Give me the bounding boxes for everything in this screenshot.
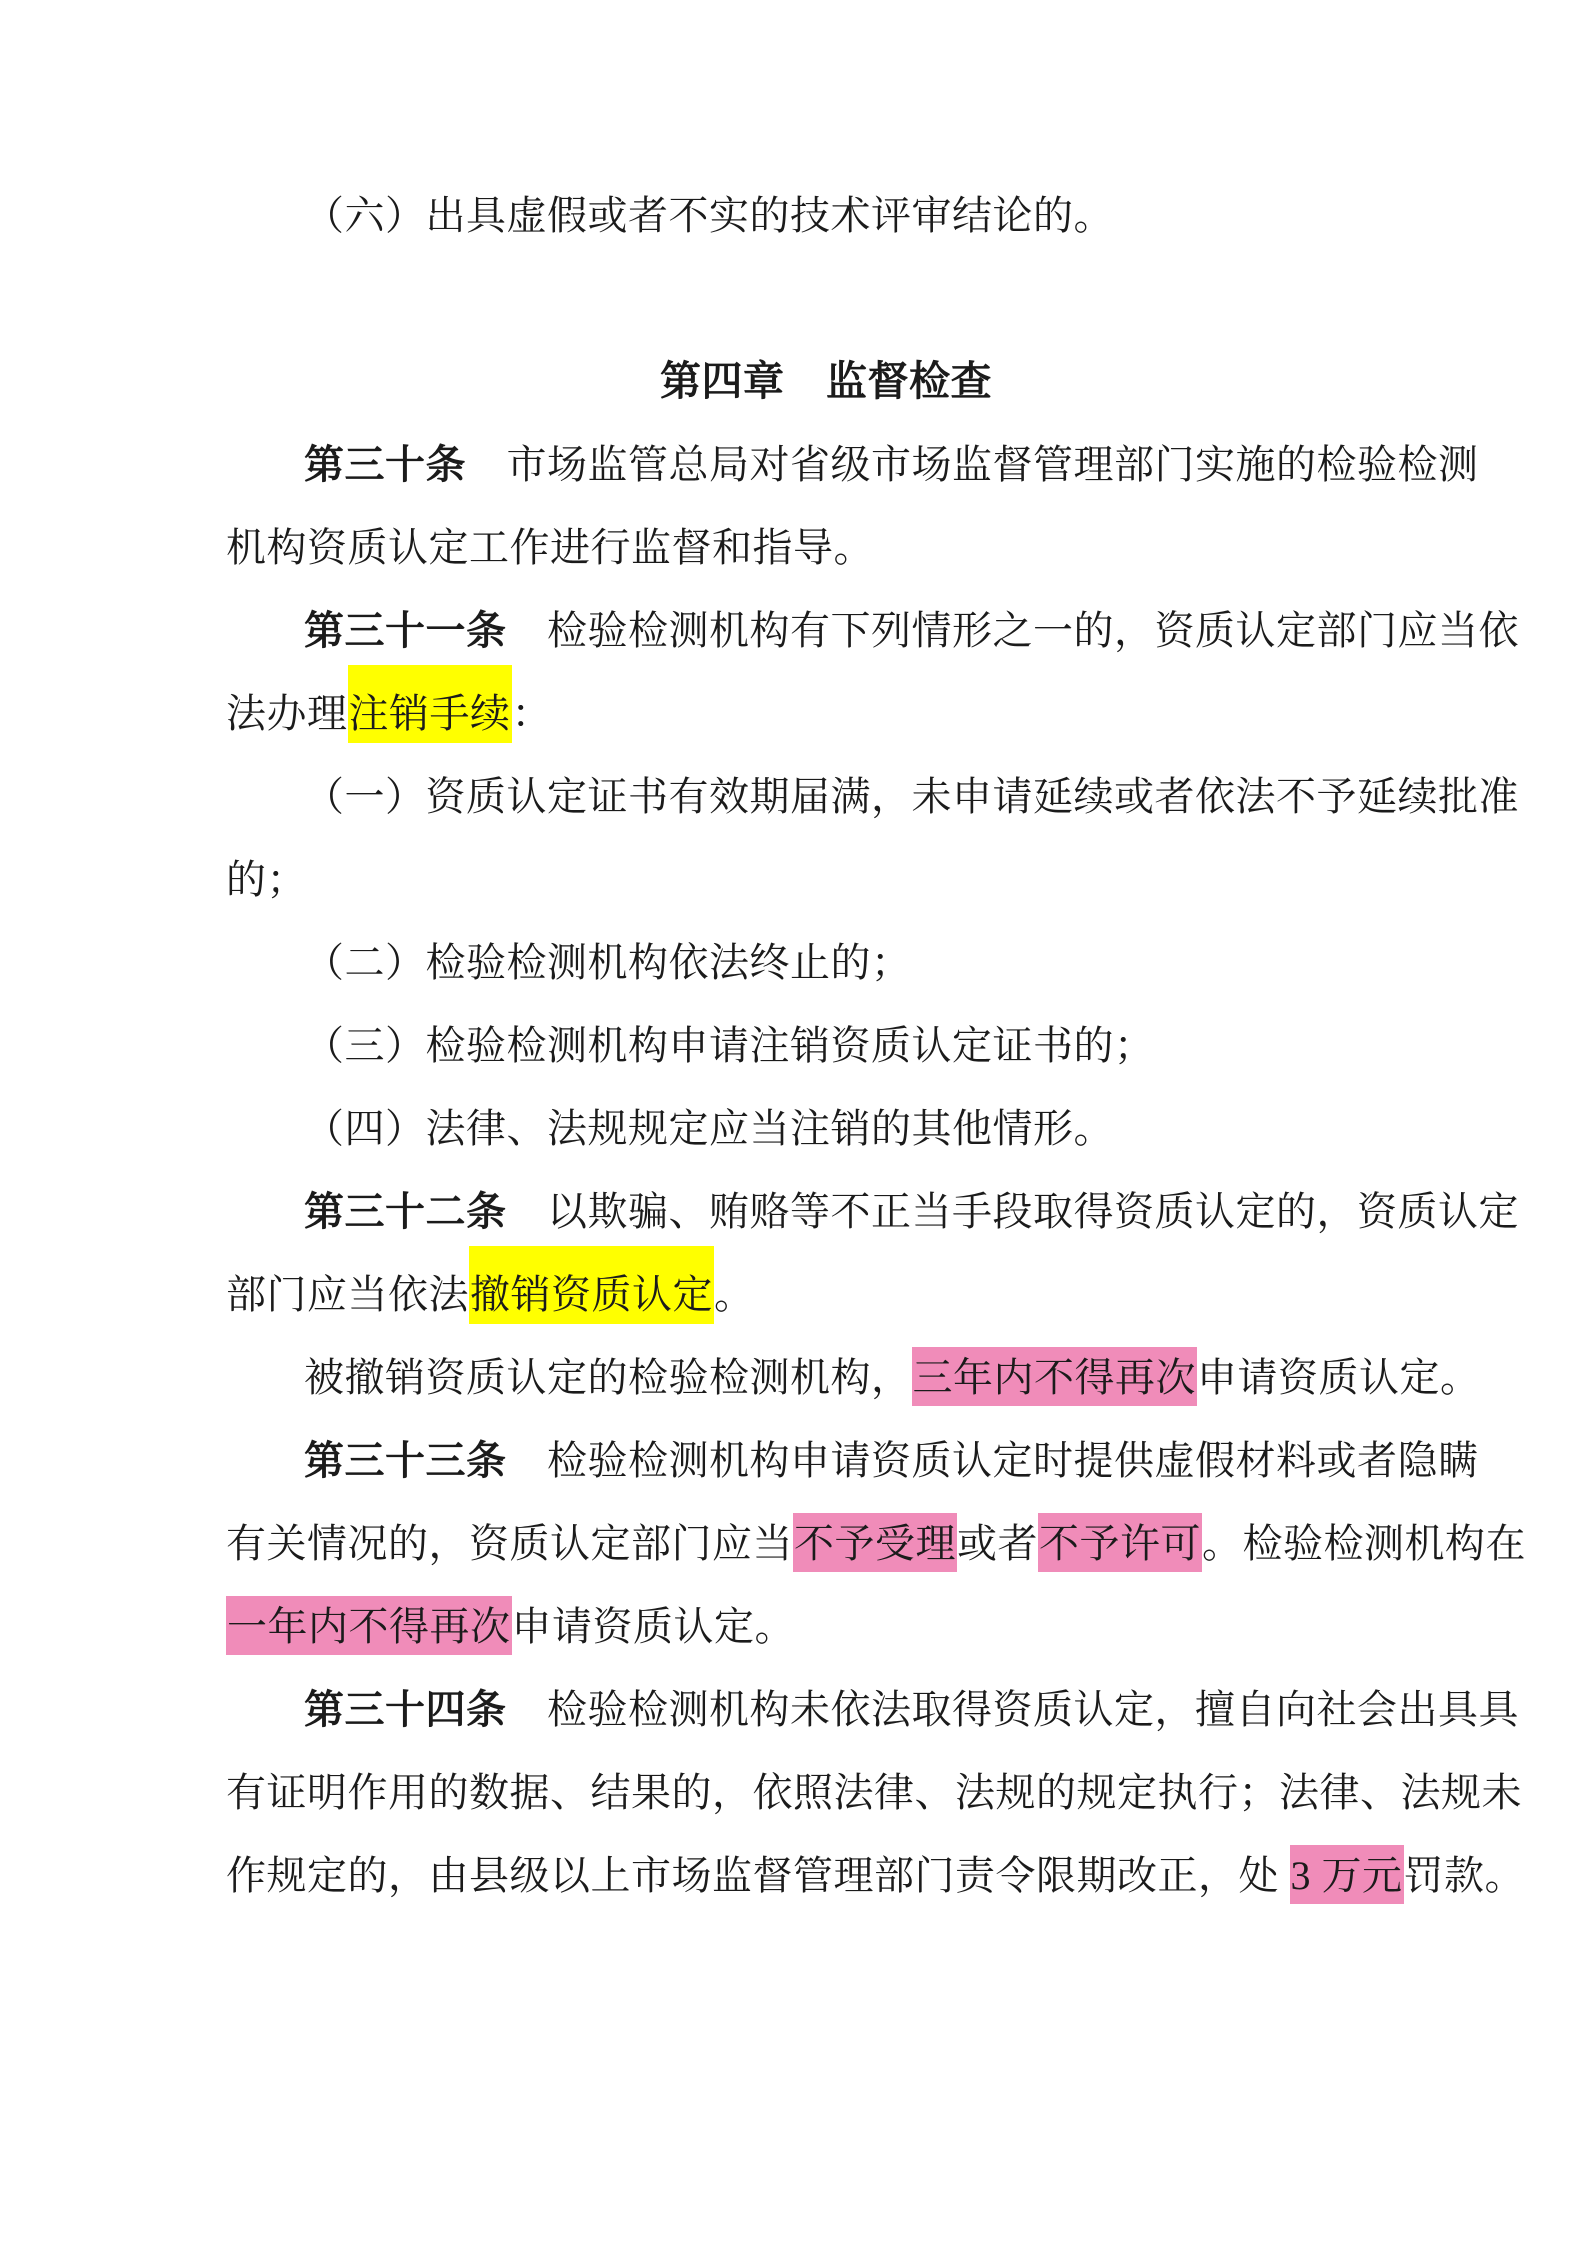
text-line: 作规定的，由县级以上市场监督管理部门责令限期改正，处 3 万元罚款。 [226, 1834, 1426, 1917]
text-line: 法办理注销手续： [226, 672, 1426, 755]
text-run: （二）检验检测机构依法终止的； [304, 940, 912, 985]
article-number: 第三十四条 [304, 1687, 507, 1732]
text-line: 第三十四条 检验检测机构未依法取得资质认定，擅自向社会出具具 [226, 1668, 1426, 1751]
document-page: （六）出具虚假或者不实的技术评审结论的。第四章 监督检查第三十条 市场监管总局对… [0, 0, 1587, 2245]
highlight-pink: 不予受理 [793, 1513, 957, 1572]
text-run: 检验检测机构有下列情形之一的，资质认定部门应当依 [507, 608, 1520, 653]
text-line: 第三十二条 以欺骗、贿赂等不正当手段取得资质认定的，资质认定 [226, 1170, 1426, 1253]
text-run: 有证明作用的数据、结果的，依照法律、法规的规定执行；法律、法规未 [226, 1770, 1522, 1815]
text-line: 一年内不得再次申请资质认定。 [226, 1585, 1426, 1668]
chapter-title-text: 第四章 监督检查 [660, 358, 992, 404]
text-run: 机构资质认定工作进行监督和指导。 [226, 525, 874, 570]
text-line: （二）检验检测机构依法终止的； [226, 921, 1426, 1004]
text-run: 。 [714, 1272, 755, 1317]
text-run: 或者 [957, 1521, 1038, 1566]
highlight-yellow: 撤销资质认定 [469, 1246, 714, 1324]
text-line: 第三十三条 检验检测机构申请资质认定时提供虚假材料或者隐瞒 [226, 1419, 1426, 1502]
text-run: 罚款。 [1404, 1853, 1526, 1898]
text-run: 的； [226, 857, 307, 902]
text-line: 第三十条 市场监管总局对省级市场监督管理部门实施的检验检测 [226, 423, 1426, 506]
highlight-pink: 三年内不得再次 [912, 1347, 1198, 1406]
highlight-pink: 一年内不得再次 [226, 1596, 512, 1655]
text-line: 机构资质认定工作进行监督和指导。 [226, 506, 1426, 589]
text-run: 检验检测机构申请资质认定时提供虚假材料或者隐瞒 [507, 1438, 1479, 1483]
text-run: 申请资质认定。 [512, 1604, 796, 1649]
text-line: （一）资质认定证书有效期届满，未申请延续或者依法不予延续批准 [226, 755, 1426, 838]
text-run: 作规定的，由县级以上市场监督管理部门责令限期改正，处 [226, 1853, 1290, 1898]
text-line: 有关情况的，资质认定部门应当不予受理或者不予许可。检验检测机构在 [226, 1502, 1426, 1585]
text-run: （一）资质认定证书有效期届满，未申请延续或者依法不予延续批准 [304, 774, 1519, 819]
text-run: 市场监管总局对省级市场监督管理部门实施的检验检测 [466, 442, 1479, 487]
text-run: 检验检测机构未依法取得资质认定，擅自向社会出具具 [507, 1687, 1520, 1732]
text-line: （三）检验检测机构申请注销资质认定证书的； [226, 1004, 1426, 1087]
article-number: 第三十三条 [304, 1438, 507, 1483]
text-line: 的； [226, 838, 1426, 921]
text-run: 法办理 [226, 691, 348, 736]
text-run: 部门应当依法 [226, 1272, 469, 1317]
article-number: 第三十条 [304, 442, 466, 487]
text-line: 有证明作用的数据、结果的，依照法律、法规的规定执行；法律、法规未 [226, 1751, 1426, 1834]
text-run: 。检验检测机构在 [1202, 1521, 1526, 1566]
highlight-pink: 3 万元 [1290, 1845, 1404, 1904]
article-number: 第三十二条 [304, 1189, 507, 1234]
text-line: 第三十一条 检验检测机构有下列情形之一的，资质认定部门应当依 [226, 589, 1426, 672]
text-run: 有关情况的，资质认定部门应当 [226, 1521, 793, 1566]
text-run: 被撤销资质认定的检验检测机构， [304, 1355, 912, 1400]
document-body: （六）出具虚假或者不实的技术评审结论的。第四章 监督检查第三十条 市场监管总局对… [226, 174, 1426, 1917]
text-run: 以欺骗、贿赂等不正当手段取得资质认定的，资质认定 [507, 1189, 1520, 1234]
text-line: 部门应当依法撤销资质认定。 [226, 1253, 1426, 1336]
text-run: （四）法律、法规规定应当注销的其他情形。 [304, 1106, 1114, 1151]
text-run: （三）检验检测机构申请注销资质认定证书的； [304, 1023, 1155, 1068]
highlight-pink: 不予许可 [1038, 1513, 1202, 1572]
blank-line [226, 257, 1426, 340]
article-number: 第三十一条 [304, 608, 507, 653]
text-run: 申请资质认定。 [1197, 1355, 1481, 1400]
text-run: ： [512, 691, 553, 736]
chapter-heading: 第四章 监督检查 [226, 340, 1426, 423]
highlight-yellow: 注销手续 [348, 665, 512, 743]
text-line: 被撤销资质认定的检验检测机构，三年内不得再次申请资质认定。 [226, 1336, 1426, 1419]
text-run: （六）出具虚假或者不实的技术评审结论的。 [304, 193, 1114, 238]
text-line: （四）法律、法规规定应当注销的其他情形。 [226, 1087, 1426, 1170]
text-line: （六）出具虚假或者不实的技术评审结论的。 [226, 174, 1426, 257]
